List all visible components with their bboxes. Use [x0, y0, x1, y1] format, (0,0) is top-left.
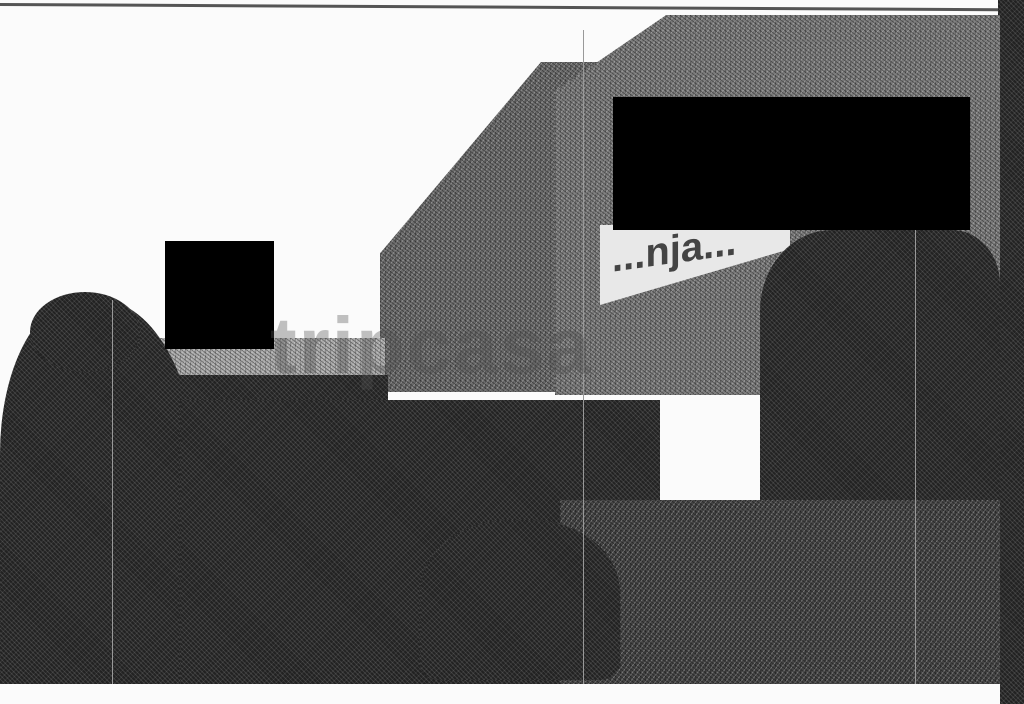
scan-top-edge — [0, 3, 1000, 11]
redaction-box — [165, 241, 274, 349]
potted-plant — [420, 520, 620, 680]
photo: ...nja... tripcasa — [0, 0, 1024, 704]
fold-line — [915, 230, 916, 684]
redaction-box — [613, 97, 970, 230]
palm-top — [30, 292, 140, 372]
watermark: tripcasa — [270, 300, 593, 392]
right-tree — [760, 230, 1000, 500]
patio-ground — [560, 500, 1000, 684]
scan-right-edge — [998, 0, 1024, 704]
scan-bottom-edge — [0, 684, 1000, 704]
fold-line — [112, 300, 113, 684]
